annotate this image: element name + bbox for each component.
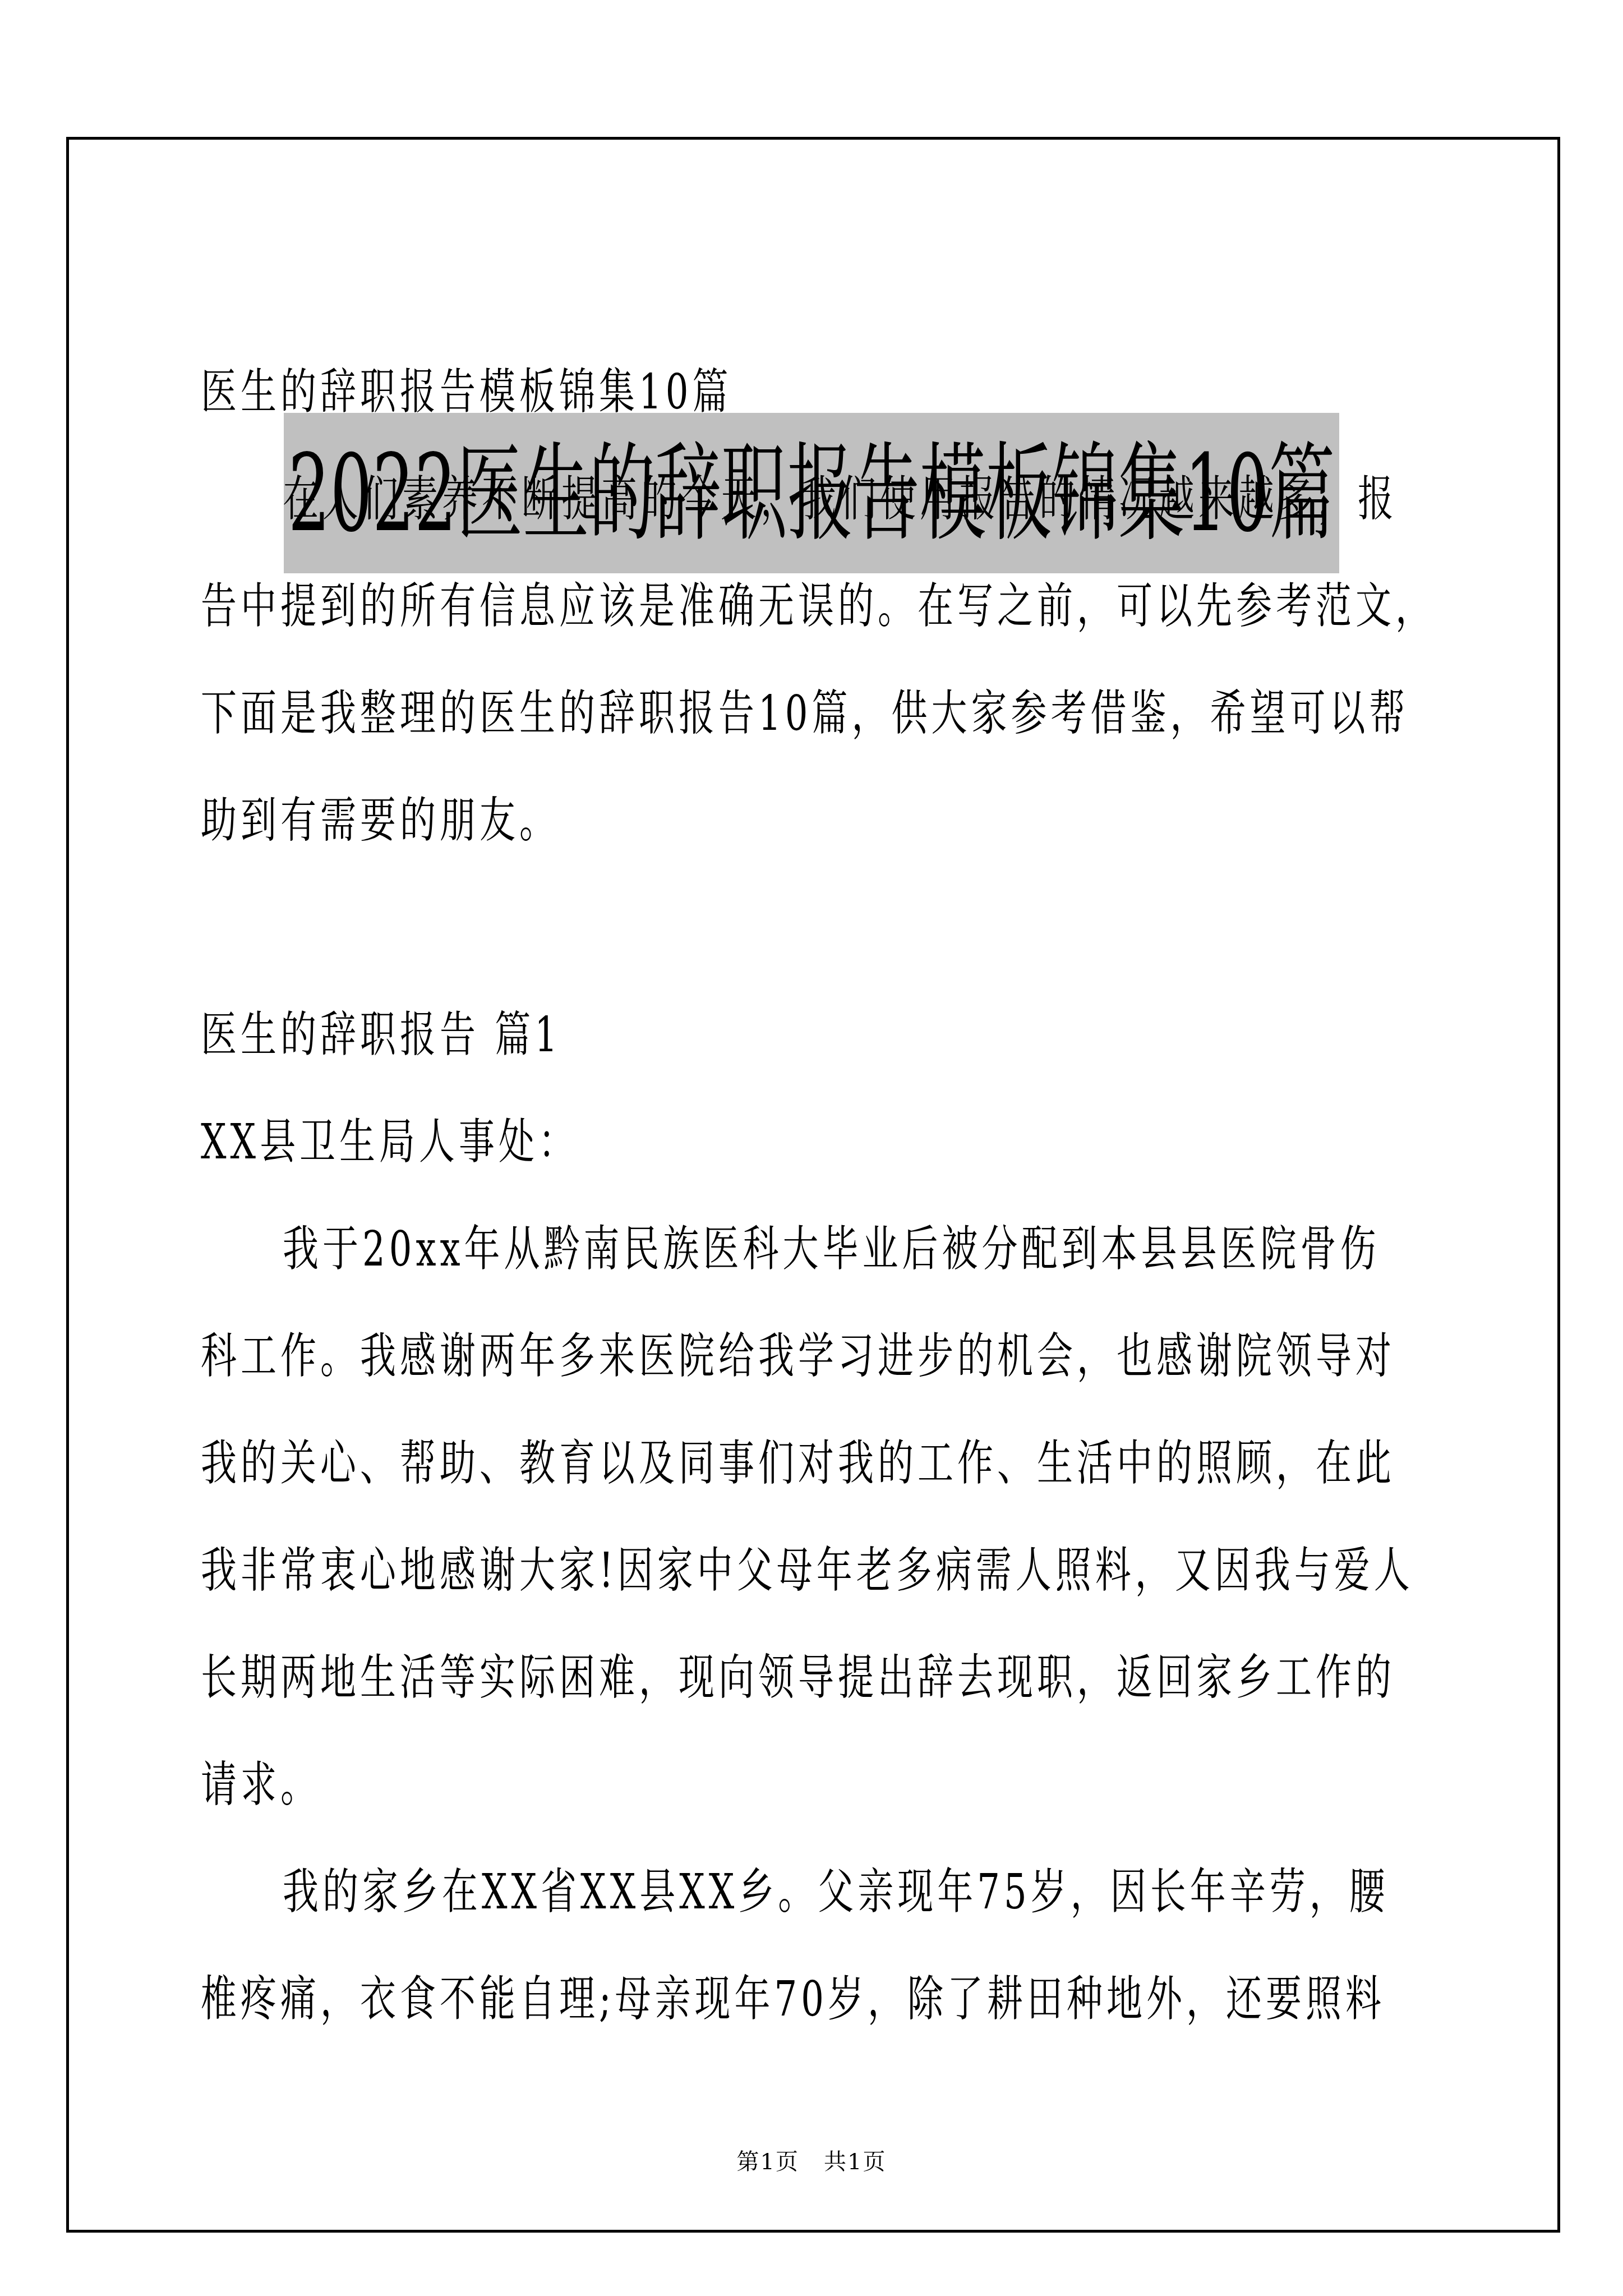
page-number: 第1页 共1页 [736,2149,886,2175]
paragraph-line-text: 长期两地生活等实际困难，现向领导提出辞去现职，返回家乡工作的 [201,1607,1395,1751]
page-footer: 第1页 共1页 [0,2144,1623,2176]
paragraph-line-text: 椎疼痛，衣食不能自理;母亲现年70岁，除了耕田种地外，还要照料 [201,1928,1385,2073]
paragraph-line: 椎疼痛，衣食不能自理;母亲现年70岁，除了耕田种地外，还要照料 [201,1947,1435,2054]
intro-line-text: 助到有需要的朋友。 [201,749,559,894]
document-body: 医生的辞职报告模板锦集10篇 在人们素养不断提高的今天，我们使用报告的情况越来越… [201,339,1435,2054]
paragraph-line: 长期两地生活等实际困难，现向领导提出辞去现职，返回家乡工作的 [201,1625,1435,1732]
